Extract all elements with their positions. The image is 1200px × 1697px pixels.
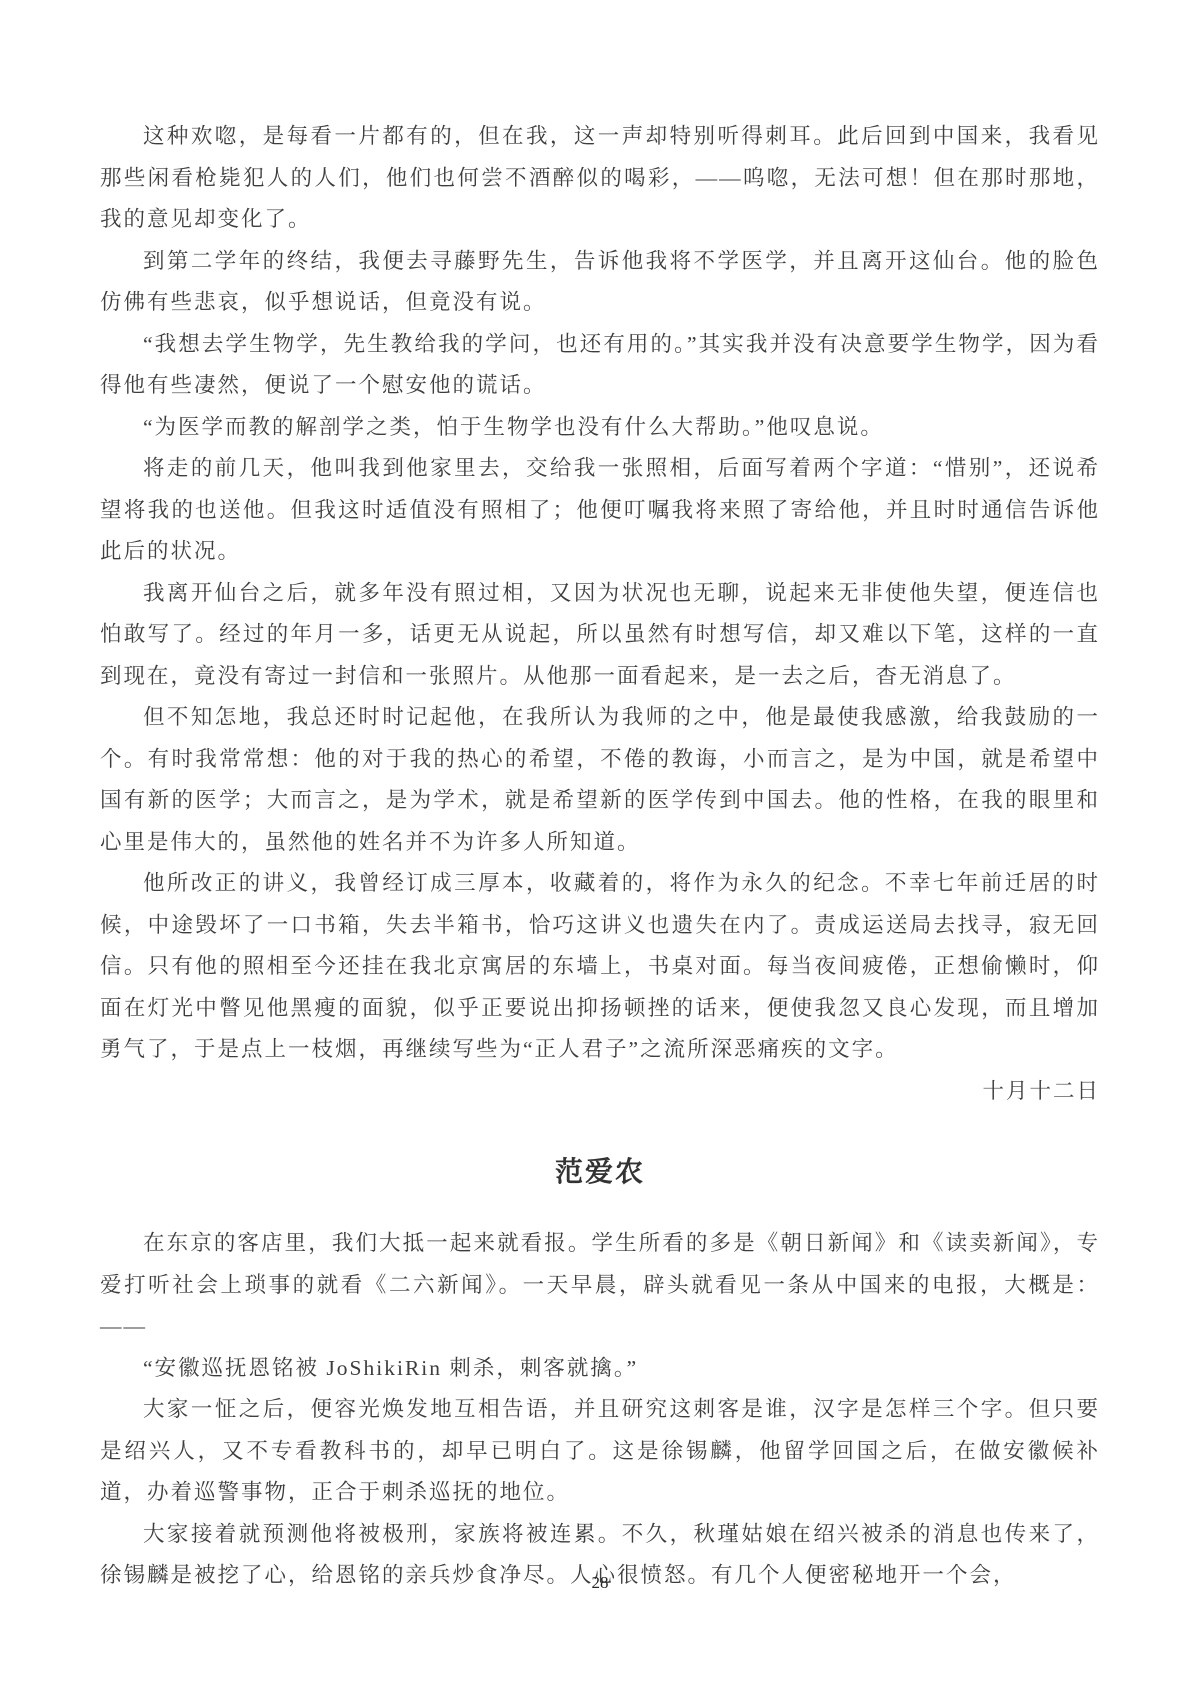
paragraph: 在东京的客店里，我们大抵一起来就看报。学生所看的多是《朝日新闻》和《读卖新闻》，… <box>100 1223 1100 1348</box>
paragraph: “安徽巡抚恩铭被 JoShikiRin 刺杀，刺客就擒。” <box>100 1348 1100 1390</box>
paragraph: “为医学而教的解剖学之类，怕于生物学也没有什么大帮助。”他叹息说。 <box>100 407 1100 449</box>
essay-date: 十月十二日 <box>100 1071 1100 1113</box>
paragraph: “我想去学生物学，先生教给我的学问，也还有用的。”其实我并没有决意要学生物学，因… <box>100 324 1100 407</box>
paragraph: 到第二学年的终结，我便去寻藤野先生，告诉他我将不学医学，并且离开这仙台。他的脸色… <box>100 241 1100 324</box>
paragraph: 但不知怎地，我总还时时记起他，在我所认为我师的之中，他是最使我感激，给我鼓励的一… <box>100 697 1100 863</box>
document-content: 这种欢唿，是每看一片都有的，但在我，这一声却特别听得刺耳。此后回到中国来，我看见… <box>100 116 1100 1597</box>
paragraph: 这种欢唿，是每看一片都有的，但在我，这一声却特别听得刺耳。此后回到中国来，我看见… <box>100 116 1100 241</box>
essay-title: 范爱农 <box>100 1151 1100 1195</box>
document-page: 这种欢唿，是每看一片都有的，但在我，这一声却特别听得刺耳。此后回到中国来，我看见… <box>0 0 1200 1697</box>
page-number: 28 <box>0 1572 1200 1594</box>
paragraph: 他所改正的讲义，我曾经订成三厚本，收藏着的，将作为永久的纪念。不幸七年前迁居的时… <box>100 863 1100 1071</box>
paragraph: 将走的前几天，他叫我到他家里去，交给我一张照相，后面写着两个字道：“惜别”，还说… <box>100 448 1100 573</box>
paragraph: 大家一怔之后，便容光焕发地互相告语，并且研究这刺客是谁，汉字是怎样三个字。但只要… <box>100 1389 1100 1514</box>
paragraph: 我离开仙台之后，就多年没有照过相，又因为状况也无聊，说起来无非使他失望，便连信也… <box>100 573 1100 698</box>
